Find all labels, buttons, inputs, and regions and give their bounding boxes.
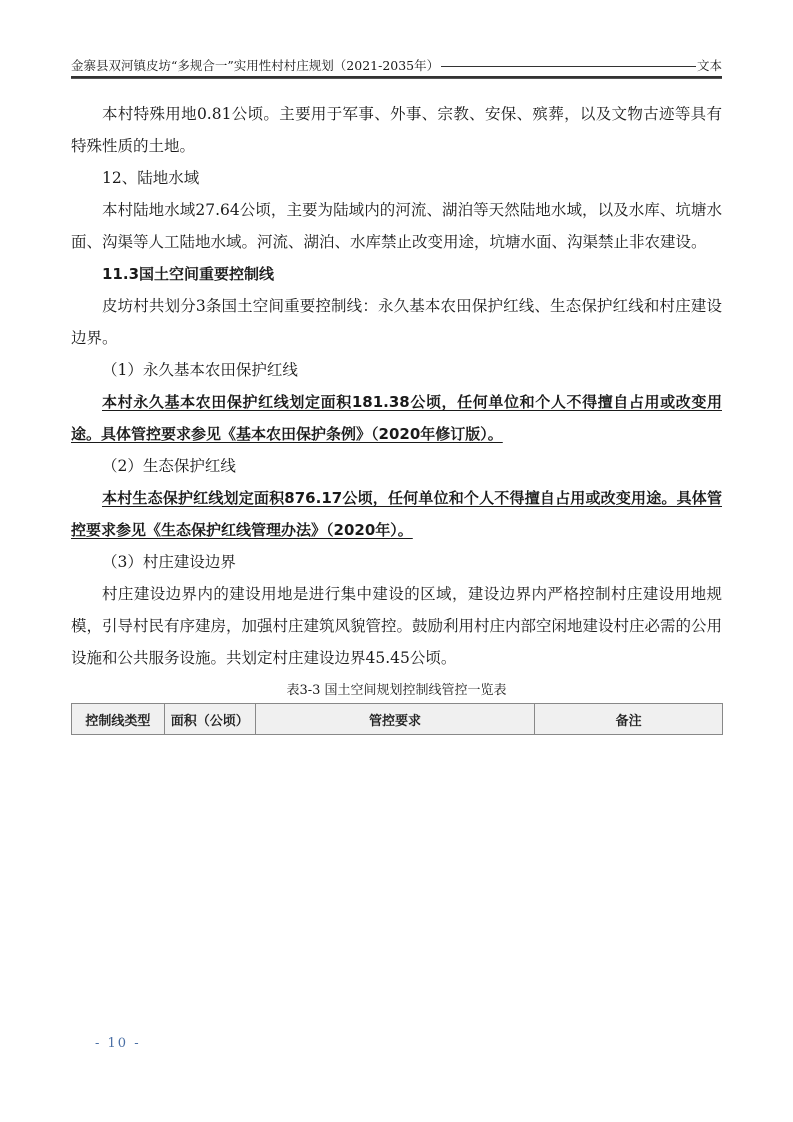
paragraph-ecological-redline: 本村生态保护红线划定面积876.17公顷，任何单位和个人不得擅自占用或改变用途。… xyxy=(71,482,722,546)
section-heading-11-3: 11.3国土空间重要控制线 xyxy=(71,258,722,290)
header-title: 金寨县双河镇皮坊“多规合一”实用性村村庄规划（2021-2035年） xyxy=(71,57,439,75)
emphasized-farmland-text: 本村永久基本农田保护红线划定面积181.38公顷，任何单位和个人不得擅自占用或改… xyxy=(71,393,722,443)
header-double-rule xyxy=(71,76,722,79)
paragraph-control-lines-intro: 皮坊村共划分3条国土空间重要控制线：永久基本农田保护红线、生态保护红线和村庄建设… xyxy=(71,290,722,354)
emphasized-ecological-text: 本村生态保护红线划定面积876.17公顷，任何单位和个人不得擅自占用或改变用途。… xyxy=(71,489,722,539)
table-caption: 表3-3 国土空间规划控制线管控一览表 xyxy=(71,682,722,700)
control-lines-table: 控制线类型 面积（公顷） 管控要求 备注 xyxy=(71,703,723,735)
running-header: 金寨县双河镇皮坊“多规合一”实用性村村庄规划（2021-2035年） 文本 xyxy=(71,57,722,75)
page-number: - 10 - xyxy=(95,1036,141,1051)
column-header-area: 面积（公顷） xyxy=(164,704,255,735)
subheading-village-boundary: （3）村庄建设边界 xyxy=(71,546,722,578)
paragraph-farmland-redline: 本村永久基本农田保护红线划定面积181.38公顷，任何单位和个人不得擅自占用或改… xyxy=(71,386,722,450)
subheading-farmland-redline: （1）永久基本农田保护红线 xyxy=(71,354,722,386)
table-header-row: 控制线类型 面积（公顷） 管控要求 备注 xyxy=(72,704,723,735)
item-12-title: 12、陆地水域 xyxy=(71,162,722,194)
paragraph-village-boundary: 村庄建设边界内的建设用地是进行集中建设的区域，建设边界内严格控制村庄建设用地规模… xyxy=(71,578,722,674)
header-dash-leader xyxy=(441,66,696,67)
paragraph-special-land: 本村特殊用地0.81公顷。主要用于军事、外事、宗教、安保、殡葬，以及文物古迹等具… xyxy=(71,98,722,162)
column-header-requirements: 管控要求 xyxy=(255,704,535,735)
subheading-ecological-redline: （2）生态保护红线 xyxy=(71,450,722,482)
document-body: 本村特殊用地0.81公顷。主要用于军事、外事、宗教、安保、殡葬，以及文物古迹等具… xyxy=(71,98,722,674)
header-doc-type: 文本 xyxy=(697,57,722,75)
paragraph-land-water: 本村陆地水域27.64公顷，主要为陆域内的河流、湖泊等天然陆地水域，以及水库、坑… xyxy=(71,194,722,258)
column-header-control-line-type: 控制线类型 xyxy=(72,704,165,735)
column-header-notes: 备注 xyxy=(535,704,723,735)
